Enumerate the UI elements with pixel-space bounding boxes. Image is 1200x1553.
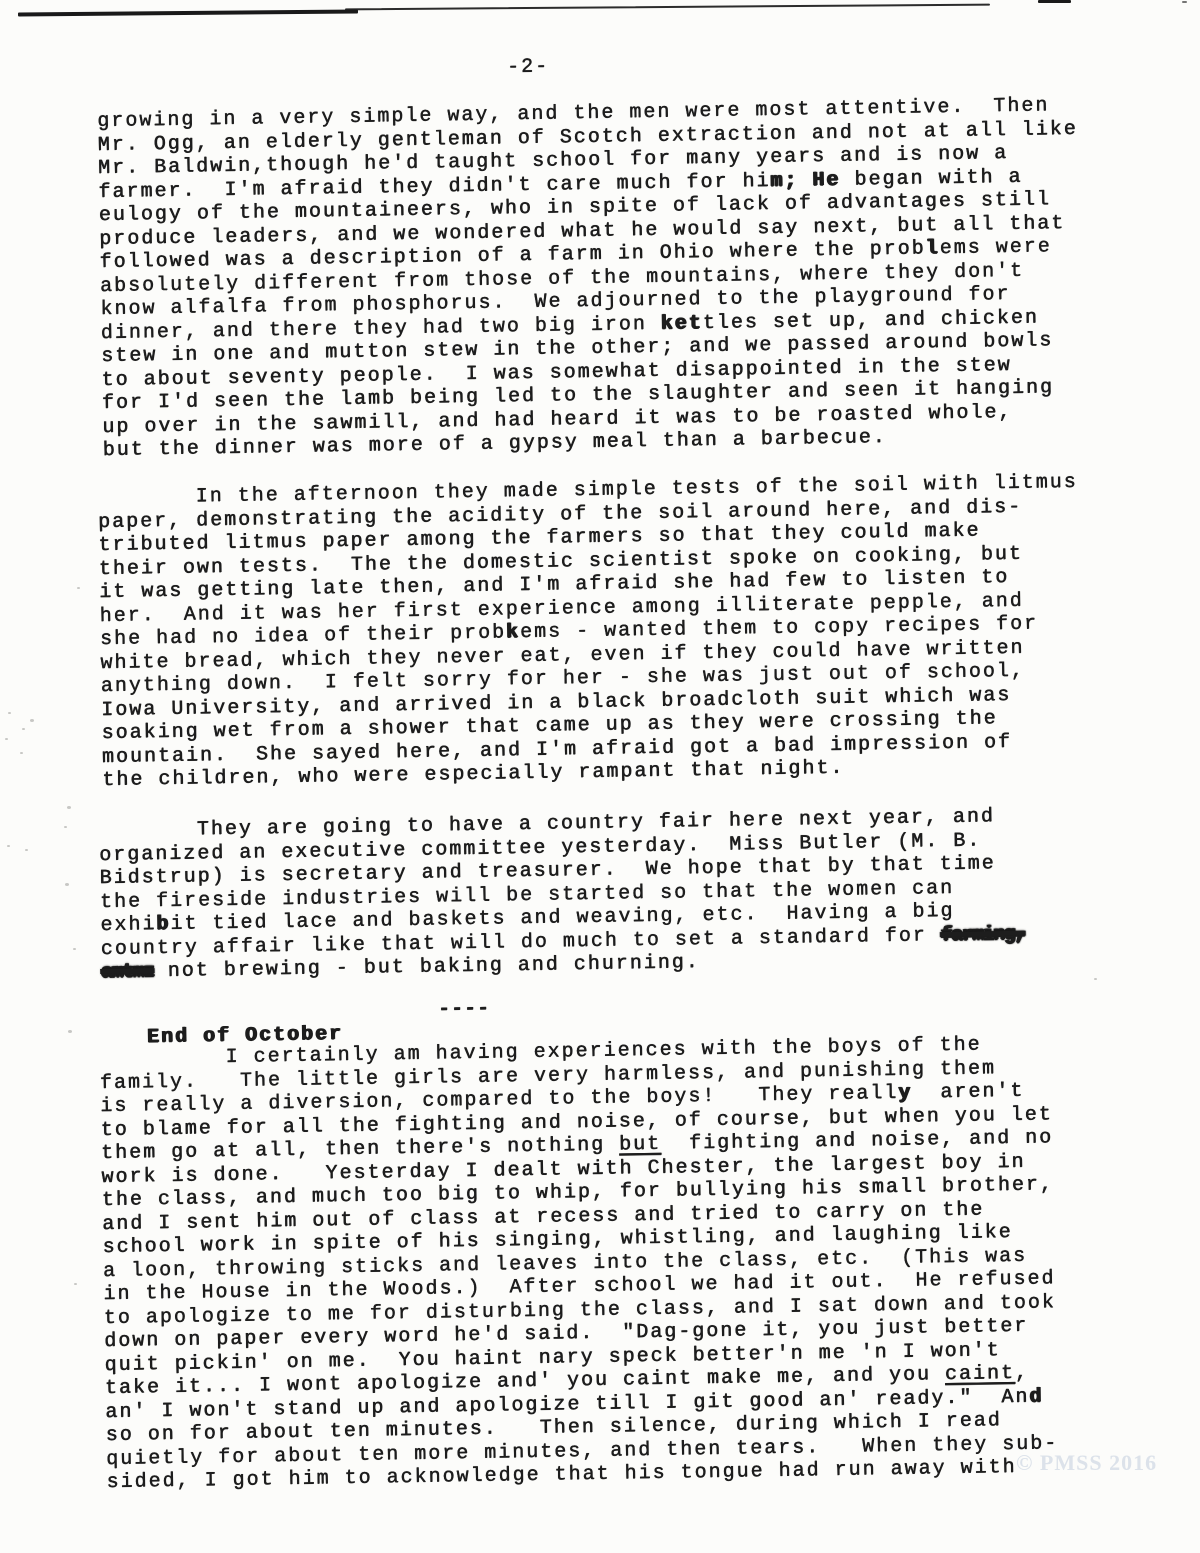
overstruck-text: y [898,1082,912,1105]
overstruck-text: l [925,237,939,260]
paragraph: growing in a very simple way, and the me… [97,94,1083,463]
scan-speckle [67,806,71,809]
scan-speckle [65,883,69,886]
scan-speckle [8,712,11,714]
scan-speckle [73,948,76,950]
scan-edge-dot [1182,1,1187,3]
scan-speckle [7,845,10,847]
overstruck-text: ket [661,312,703,336]
scan-edge-line [345,4,990,11]
page-number: -2- [507,55,549,79]
scan-edge-dash [1038,0,1071,3]
overstruck-text: m; He [770,168,840,192]
paragraph: They are going to have a country fair he… [99,805,1026,985]
scan-speckle [20,752,23,754]
struck-out-text: amtmz [101,960,154,984]
scan-speckle [64,826,67,828]
scan-speckle [68,1030,72,1033]
struck-out-text: farming, [941,922,1025,946]
paragraph: I certainly am having experiences with t… [99,1032,1058,1494]
overstruck-text: d [1029,1385,1043,1408]
scan-speckle [74,1283,77,1285]
typed-separator: ---- [438,997,490,1021]
overstruck-text: k [506,621,520,644]
scan-speckle [1094,978,1097,980]
underlined-text: caint [945,1362,1015,1386]
overstruck-text: b [156,913,170,936]
scan-speckle [5,738,8,740]
scan-edge-line [18,10,358,16]
scan-speckle [22,728,25,730]
paragraph: In the afternoon they made simple tests … [97,471,1082,793]
underlined-text: but [619,1133,661,1157]
scan-speckle [25,849,28,851]
watermark: © PMSS 2016 [1016,1450,1157,1476]
scan-speckle [77,587,80,589]
scan-speckle [30,719,34,722]
scanned-letter-page: -2- growing in a very simple way, and th… [0,0,1200,1553]
